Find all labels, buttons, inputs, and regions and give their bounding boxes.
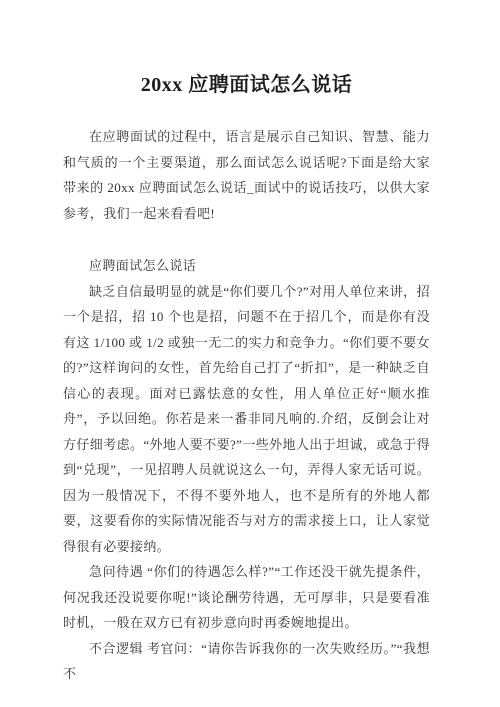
paragraph-self-confidence: 缺乏自信最明显的就是“你们要几个?”对用人单位来讲，招一个是招，招 10 个也是… (63, 279, 430, 560)
paragraph-logic: 不合逻辑 考官问：“请你告诉我你的一次失败经历。”“我想不 (63, 636, 430, 687)
paragraph-intro: 在应聘面试的过程中，语言是展示自己知识、智慧、能力和气质的一个主要渠道，那么面试… (63, 124, 430, 226)
section-heading: 应聘面试怎么说话 (63, 253, 430, 279)
document-page: 20xx 应聘面试怎么说话 在应聘面试的过程中，语言是展示自己知识、智慧、能力和… (0, 0, 500, 707)
document-title: 20xx 应聘面试怎么说话 (63, 70, 430, 100)
paragraph-salary: 急问待遇 “你们的待遇怎么样?”“工作还没干就先提条件，何况我还没说要你呢!”谈… (63, 559, 430, 636)
